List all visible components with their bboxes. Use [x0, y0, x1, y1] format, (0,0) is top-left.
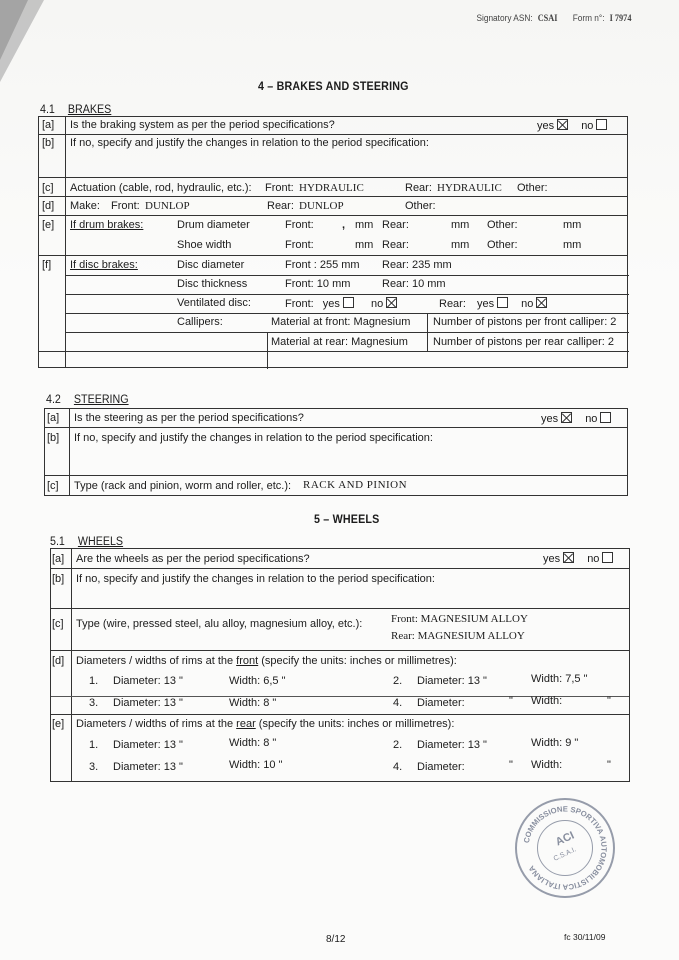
disc-thickness-front[interactable]: Front: 10 mm [285, 278, 350, 290]
front-label: Front: [285, 298, 314, 310]
front-rim-3-width[interactable]: Width: 8 " [229, 697, 276, 709]
changes-prompt: If no, specify and justify the changes i… [70, 137, 429, 149]
row-label: [a] [42, 119, 54, 131]
row-label: [a] [52, 553, 64, 565]
rear-rim-3-diameter[interactable]: Diameter: 13 " [113, 761, 183, 773]
no-label: no [521, 298, 533, 310]
chapter-title-brakes-steering: 4 – BRAKES AND STEERING [258, 81, 409, 93]
front-label: Front: [285, 239, 314, 251]
calliper-rear-pistons[interactable]: Number of pistons per rear calliper: 2 [433, 336, 614, 348]
unit-mm: mm [563, 219, 581, 231]
other-label: Other: [405, 200, 436, 212]
callipers-label: Callipers: [177, 316, 223, 328]
actuation-front-value[interactable]: HYDRAULIC [299, 182, 364, 194]
prompt-text: Diameters / widths of rims at the [76, 655, 236, 667]
row-label: [c] [47, 480, 59, 492]
rear-label: Rear: [405, 182, 432, 194]
row-label: [d] [42, 200, 54, 212]
section-number: 4.1 [40, 104, 55, 116]
wheel-type-front[interactable]: Front: MAGNESIUM ALLOY [391, 613, 528, 625]
inch-mark: " [607, 695, 611, 707]
rim-number: 1. [89, 675, 98, 687]
calliper-front-material[interactable]: Material at front: Magnesium [271, 316, 410, 328]
rear-label: Rear: [267, 200, 294, 212]
ventilated-front-no-checkbox[interactable] [386, 297, 397, 308]
other-label: Other: [487, 219, 518, 231]
row-label: [b] [52, 573, 64, 585]
other-label: Other: [487, 239, 518, 251]
yes-checkbox[interactable] [557, 119, 568, 130]
actuation-label: Actuation (cable, rod, hydraulic, etc.): [70, 182, 252, 194]
no-label: no [585, 413, 597, 425]
row-label: [e] [52, 718, 64, 730]
brakes-table: [a] Is the braking system as per the per… [38, 116, 628, 368]
yes-no-group: yes no [543, 552, 613, 565]
section-title-wheels: 5.1WHEELS [50, 536, 123, 548]
form-value: I 7974 [609, 13, 631, 23]
rim-number: 2. [393, 739, 402, 751]
drum-brakes-label: If drum brakes: [70, 219, 143, 231]
yes-checkbox[interactable] [563, 552, 574, 563]
wheels-question: Are the wheels as per the period specifi… [76, 553, 310, 565]
no-label: no [581, 120, 593, 132]
unit-mm: mm [563, 239, 581, 251]
steering-row-a: [a] Is the steering as per the period sp… [45, 409, 627, 428]
unit-mm: mm [355, 239, 373, 251]
wheels-row-a: [a] Are the wheels as per the period spe… [51, 549, 629, 569]
steering-table: [a] Is the steering as per the period sp… [44, 408, 628, 496]
yes-label: yes [477, 298, 494, 310]
yes-label: yes [543, 553, 560, 565]
actuation-rear-value[interactable]: HYDRAULIC [437, 182, 502, 194]
front-rim-1-width[interactable]: Width: 6,5 " [229, 675, 285, 687]
steering-type-label: Type (rack and pinion, worm and roller, … [74, 480, 291, 492]
rear-rim-4-diameter[interactable]: Diameter: [417, 761, 465, 773]
front-rim-2-diameter[interactable]: Diameter: 13 " [417, 675, 487, 687]
calliper-front-pistons[interactable]: Number of pistons per front calliper: 2 [433, 316, 616, 328]
steering-type-value[interactable]: RACK AND PINION [303, 479, 407, 491]
page-header: Signatory ASN: CSAI Form n°: I 7974 [463, 13, 631, 23]
make-front-value[interactable]: DUNLOP [145, 200, 190, 212]
revision-date: fc 30/11/09 [564, 932, 605, 942]
prompt-text: Diameters / widths of rims at the [76, 718, 236, 730]
rear-rim-2-diameter[interactable]: Diameter: 13 " [417, 739, 487, 751]
row-label: [c] [52, 618, 64, 630]
yes-no-group: yes no [537, 119, 607, 132]
no-label: no [371, 298, 383, 310]
rear-rims-prompt: Diameters / widths of rims at the rear (… [76, 718, 454, 730]
row-label: [b] [47, 432, 59, 444]
section-number: 4.2 [46, 394, 61, 406]
brakes-row-d: [d] Make: Front: DUNLOP Rear: DUNLOP Oth… [39, 197, 627, 216]
changes-prompt: If no, specify and justify the changes i… [76, 573, 435, 585]
yes-label: yes [537, 120, 554, 132]
rear-rim-1-diameter[interactable]: Diameter: 13 " [113, 739, 183, 751]
unit-mm: mm [451, 239, 469, 251]
drum-diameter-label: Drum diameter [177, 219, 250, 231]
disc-diameter-rear[interactable]: Rear: 235 mm [382, 259, 452, 271]
make-label: Make: [70, 200, 100, 212]
unit-mm: mm [355, 219, 373, 231]
chapter-title-wheels: 5 – WHEELS [314, 514, 379, 526]
rim-number: 2. [393, 675, 402, 687]
yes-checkbox[interactable] [561, 412, 572, 423]
wheel-type-rear[interactable]: Rear: MAGNESIUM ALLOY [391, 630, 525, 642]
steering-row-b: [b] If no, specify and justify the chang… [45, 428, 627, 476]
row-label: [d] [52, 655, 64, 667]
no-checkbox[interactable] [600, 412, 611, 423]
rear-rim-3-width[interactable]: Width: 10 " [229, 759, 282, 771]
section-title-steering: 4.2STEERING [46, 394, 129, 406]
front-rim-4-width[interactable]: Width: [531, 695, 562, 707]
prompt-underline: rear [236, 718, 256, 730]
wheels-row-b: [b] If no, specify and justify the chang… [51, 569, 629, 609]
ventilated-rear-yes-checkbox[interactable] [497, 297, 508, 308]
wheels-row-c: [c] Type (wire, pressed steel, alu alloy… [51, 609, 629, 651]
section-label: STEERING [74, 394, 129, 406]
unit-mm: mm [451, 219, 469, 231]
disc-diameter-label: Disc diameter [177, 259, 244, 271]
front-rim-3-diameter[interactable]: Diameter: 13 " [113, 697, 183, 709]
wheels-table: [a] Are the wheels as per the period spe… [50, 548, 630, 782]
section-label: BRAKES [68, 104, 111, 116]
rim-number: 4. [393, 761, 402, 773]
front-rims-prompt: Diameters / widths of rims at the front … [76, 655, 457, 667]
disc-thickness-rear[interactable]: Rear: 10 mm [382, 278, 446, 290]
ventilated-rear-no-checkbox[interactable] [536, 297, 547, 308]
rear-rim-4-width[interactable]: Width: [531, 759, 562, 771]
ventilated-front-group: Front: yes no [285, 297, 397, 310]
rim-number: 3. [89, 697, 98, 709]
disc-thickness-label: Disc thickness [177, 278, 247, 290]
rear-rim-2-width[interactable]: Width: 9 " [531, 737, 578, 749]
drum-front-mark: , [342, 219, 345, 231]
disc-brakes-label: If disc brakes: [70, 259, 138, 271]
no-label: no [587, 553, 599, 565]
row-label: [b] [42, 137, 54, 149]
rear-label: Rear: [439, 298, 466, 310]
prompt-text: (specify the units: inches or millimetre… [256, 718, 455, 730]
front-label: Front: [285, 219, 314, 231]
yes-no-group: yes no [541, 412, 611, 425]
make-rear-value[interactable]: DUNLOP [299, 200, 344, 212]
wheels-row-d: [d] Diameters / widths of rims at the fr… [51, 651, 629, 715]
yes-label: yes [323, 298, 340, 310]
row-label: [c] [42, 182, 54, 194]
document-page: Signatory ASN: CSAI Form n°: I 7974 4 – … [0, 0, 679, 960]
csai-stamp: COMMISSIONE SPORTIVA AUTOMOBILISTICA ITA… [515, 798, 615, 898]
front-rim-2-width[interactable]: Width: 7,5 " [531, 673, 587, 685]
no-checkbox[interactable] [596, 119, 607, 130]
row-label: [e] [42, 219, 54, 231]
inch-mark: " [607, 759, 611, 771]
front-rim-4-diameter[interactable]: Diameter: [417, 697, 465, 709]
steering-row-c: [c] Type (rack and pinion, worm and roll… [45, 476, 627, 497]
ventilated-disc-label: Ventilated disc: [177, 297, 251, 309]
front-label: Front: [265, 182, 294, 194]
brakes-row-c: [c] Actuation (cable, rod, hydraulic, et… [39, 178, 627, 197]
section-label: WHEELS [78, 536, 123, 548]
prompt-text: (specify the units: inches or millimetre… [258, 655, 457, 667]
inch-mark: " [509, 759, 513, 771]
row-label: [f] [42, 259, 51, 271]
brakes-question: Is the braking system as per the period … [70, 119, 335, 131]
yes-label: yes [541, 413, 558, 425]
steering-question: Is the steering as per the period specif… [74, 412, 304, 424]
rim-number: 1. [89, 739, 98, 751]
rear-label: Rear: [382, 239, 409, 251]
brakes-row-e: [e] If drum brakes: Drum diameter Front:… [39, 216, 627, 256]
changes-prompt: If no, specify and justify the changes i… [74, 432, 433, 444]
rear-rim-1-width[interactable]: Width: 8 " [229, 737, 276, 749]
brakes-row-f: [f] If disc brakes: Disc diameter Front … [39, 256, 627, 369]
section-number: 5.1 [50, 536, 65, 548]
calliper-rear-material[interactable]: Material at rear: Magnesium [271, 336, 408, 348]
front-label: Front: [111, 200, 140, 212]
signatory-label: Signatory ASN: [476, 13, 532, 23]
section-title-brakes: 4.1BRAKES [40, 104, 111, 116]
brakes-row-b: [b] If no, specify and justify the chang… [39, 135, 627, 178]
stamp-center: ACI C.S.A.I. [537, 820, 593, 876]
wheels-row-e: [e] Diameters / widths of rims at the re… [51, 715, 629, 783]
ventilated-front-yes-checkbox[interactable] [343, 297, 354, 308]
prompt-underline: front [236, 655, 258, 667]
brakes-row-a: [a] Is the braking system as per the per… [39, 117, 627, 135]
front-rim-1-diameter[interactable]: Diameter: 13 " [113, 675, 183, 687]
page-corner-shadow [0, 0, 28, 60]
shoe-width-label: Shoe width [177, 239, 231, 251]
inch-mark: " [509, 695, 513, 707]
rear-label: Rear: [382, 219, 409, 231]
rim-number: 4. [393, 697, 402, 709]
page-number: 8/12 [326, 934, 345, 945]
wheel-type-label: Type (wire, pressed steel, alu alloy, ma… [76, 618, 362, 630]
disc-diameter-front[interactable]: Front : 255 mm [285, 259, 360, 271]
ventilated-rear-group: Rear: yes no [439, 297, 547, 310]
rim-number: 3. [89, 761, 98, 773]
form-label: Form n°: [572, 13, 604, 23]
signatory-value: CSAI [537, 13, 557, 23]
other-label: Other: [517, 182, 548, 194]
no-checkbox[interactable] [602, 552, 613, 563]
row-label: [a] [47, 412, 59, 424]
